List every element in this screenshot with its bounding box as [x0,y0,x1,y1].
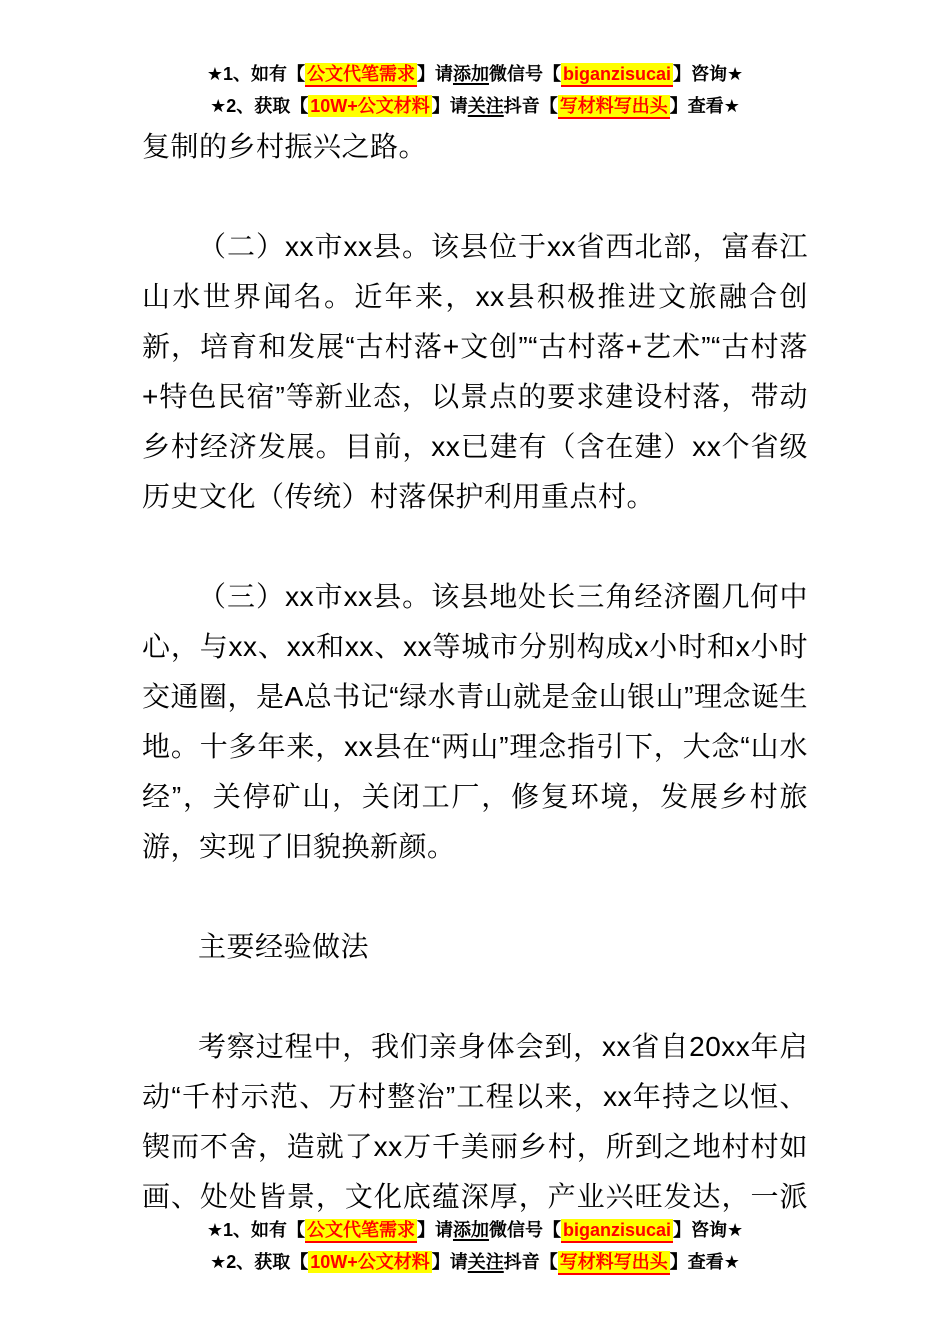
ad-underlined-text: 添加 [453,64,489,84]
document-page: ★1、如有【公文代笔需求】请添加微信号【biganzisucai】咨询★★2、获… [0,0,950,1344]
ad-text: ★2、获取【 [210,96,308,116]
ad-underlined-text: 关注 [468,96,504,116]
ad-line-1: ★1、如有【公文代笔需求】请添加微信号【biganzisucai】咨询★ [0,58,950,90]
ad-text: 】咨询★ [673,64,743,84]
ad-highlighted-underlined-text: 公文代笔需求 [305,1219,417,1243]
ad-highlighted-underlined-text: 公文代笔需求 [305,63,417,87]
header-ad: ★1、如有【公文代笔需求】请添加微信号【biganzisucai】咨询★★2、获… [0,58,950,122]
ad-text: 抖音【 [504,1252,558,1272]
ad-line-1: ★1、如有【公文代笔需求】请添加微信号【biganzisucai】咨询★ [0,1214,950,1246]
ad-line-2: ★2、获取【10W+公文材料】请关注抖音【写材料写出头】查看★ [0,90,950,122]
ad-text: ★2、获取【 [210,1252,308,1272]
paragraph: 复制的乡村振兴之路。 [142,122,808,172]
ad-text: 】请 [417,1220,453,1240]
ad-highlighted-text: 10W+公文材料 [308,1251,432,1273]
ad-highlighted-underlined-text: 写材料写出头 [558,95,670,119]
ad-underlined-text: 添加 [453,1220,489,1240]
ad-text: 】咨询★ [673,1220,743,1240]
ad-highlighted-text: 10W+公文材料 [308,95,432,117]
ad-line-2: ★2、获取【10W+公文材料】请关注抖音【写材料写出头】查看★ [0,1246,950,1278]
ad-text: 】请 [432,96,468,116]
ad-highlighted-underlined-text: biganzisucai [561,63,673,87]
ad-text: 】请 [432,1252,468,1272]
paragraph: （二）xx市xx县。该县位于xx省西北部，富春江山水世界闻名。近年来，xx县积极… [142,222,808,522]
ad-text: ★1、如有【 [207,1220,305,1240]
section-heading: 主要经验做法 [142,922,808,972]
ad-text: 微信号【 [489,1220,561,1240]
ad-underlined-text: 关注 [468,1252,504,1272]
footer-ad: ★1、如有【公文代笔需求】请添加微信号【biganzisucai】咨询★★2、获… [0,1214,950,1278]
paragraph: （三）xx市xx县。该县地处长三角经济圈几何中心，与xx、xx和xx、xx等城市… [142,572,808,872]
ad-text: ★1、如有【 [207,64,305,84]
paragraph: 考察过程中，我们亲身体会到，xx省自20xx年启动“千村示范、万村整治”工程以来… [142,1022,808,1214]
ad-highlighted-underlined-text: 写材料写出头 [558,1251,670,1275]
ad-text: 】查看★ [670,1252,740,1272]
ad-text: 微信号【 [489,64,561,84]
ad-highlighted-underlined-text: biganzisucai [561,1219,673,1243]
ad-text: 】查看★ [670,96,740,116]
ad-text: 】请 [417,64,453,84]
document-body: 复制的乡村振兴之路。（二）xx市xx县。该县位于xx省西北部，富春江山水世界闻名… [142,122,808,1214]
ad-text: 抖音【 [504,96,558,116]
